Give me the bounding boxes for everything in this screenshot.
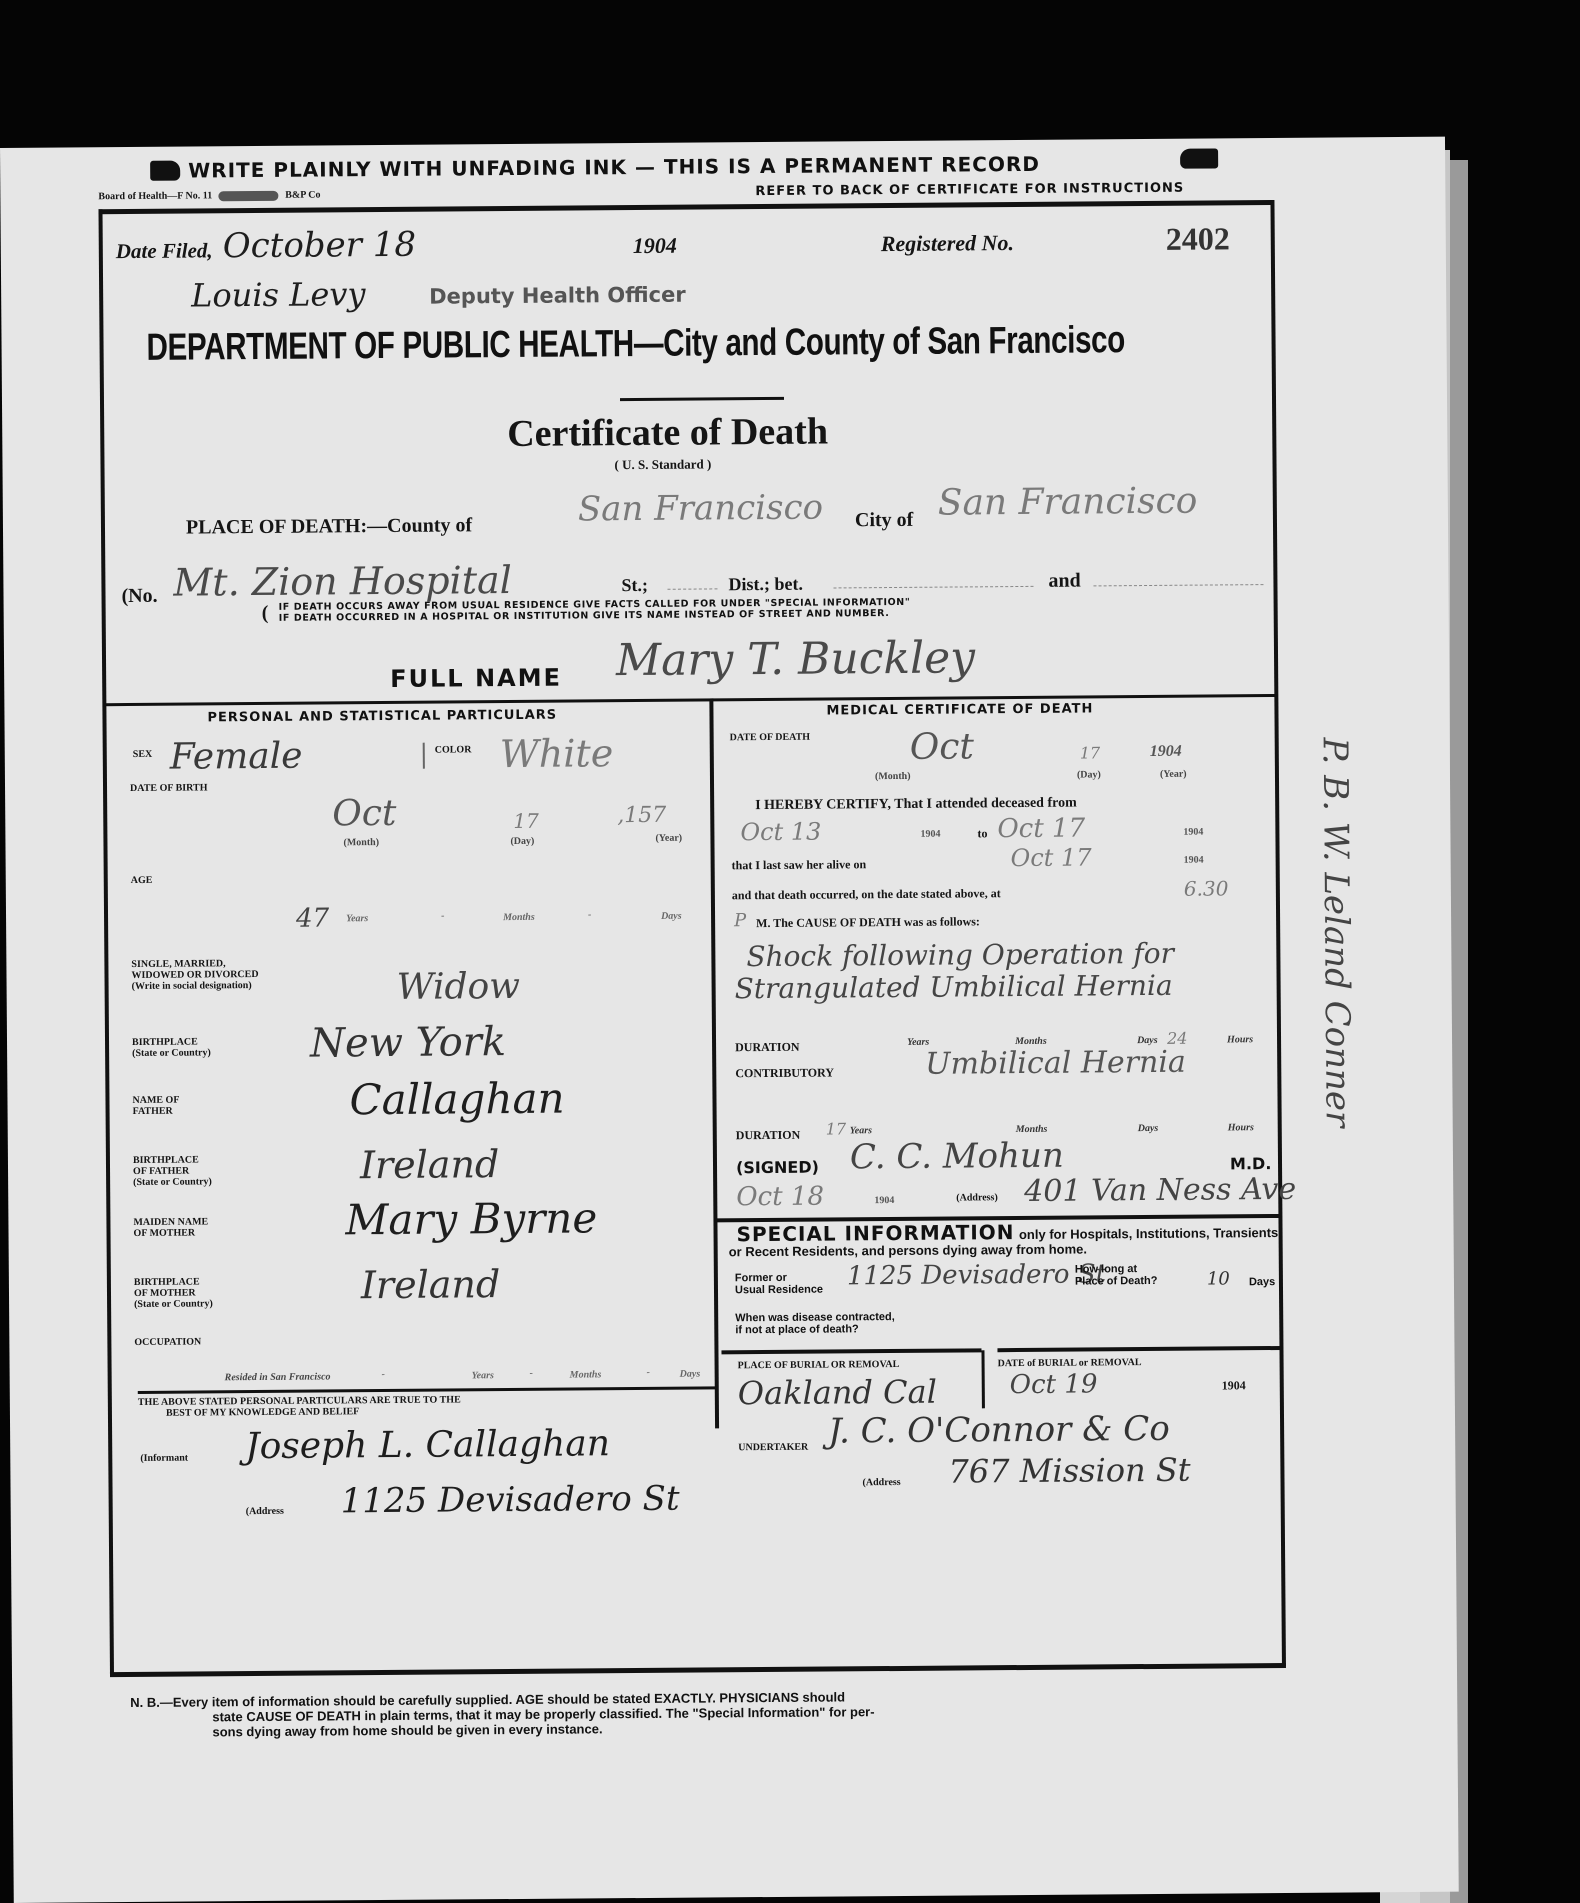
special-info-subheading: or Recent Residents, and persons dying a…	[729, 1241, 1087, 1259]
signed-year: 1904	[874, 1195, 894, 1206]
place-of-burial-value: Oakland Cal	[738, 1373, 937, 1413]
last-saw-date: Oct 17	[1010, 843, 1091, 872]
date-of-death-year: 1904	[1150, 743, 1182, 761]
resided-months: -	[530, 1368, 533, 1379]
city-label: City of	[855, 509, 914, 532]
burial-divider-left	[721, 1348, 981, 1354]
death-certificate-page: WRITE PLAINLY WITH UNFADING INK — THIS I…	[0, 137, 1459, 1903]
registered-number: 2402	[1166, 220, 1230, 258]
dod-day-caption: (Day)	[1077, 769, 1101, 780]
age-months-caption: Months	[503, 912, 535, 923]
place-of-death-location: Mt. Zion Hospital	[173, 558, 512, 605]
marital-status-label: SINGLE, MARRIED, WIDOWED OR DIVORCED (Wr…	[131, 958, 258, 992]
full-name-value: Mary T. Buckley	[616, 632, 975, 686]
district-and-blank	[1093, 584, 1263, 586]
age-days-caption: Days	[661, 911, 682, 922]
dod-year-caption: (Year)	[1160, 769, 1187, 780]
age-years: 47	[296, 903, 329, 933]
informant-label: (Informant	[140, 1453, 188, 1464]
burial-divider-right	[997, 1346, 1281, 1352]
cause-line-2: Strangulated Umbilical Hernia	[734, 969, 1172, 1005]
md-label: M.D.	[1230, 1154, 1272, 1173]
cause-label: M. The CAUSE OF DEATH was as follows:	[756, 914, 980, 931]
pointing-hand-icon	[150, 161, 180, 181]
place-instructions: IF DEATH OCCURS AWAY FROM USUAL RESIDENC…	[279, 597, 911, 624]
resided-years: -	[382, 1369, 385, 1380]
note-bracket: (	[262, 602, 269, 625]
refer-instructions: REFER TO BACK OF CERTIFICATE FOR INSTRUC…	[755, 181, 1184, 199]
former-residence-label: Former or Usual Residence	[735, 1272, 823, 1297]
how-long-value: 10	[1207, 1268, 1230, 1289]
color-label: COLOR	[435, 744, 472, 755]
margin-note: P. B. W. Leland Conner	[1315, 737, 1358, 1127]
resided-years-caption: Years	[472, 1370, 494, 1381]
father-name-label: NAME OF FATHER	[132, 1095, 179, 1117]
color-divider	[423, 743, 425, 769]
occupation-label: OCCUPATION	[134, 1336, 201, 1348]
county-value: San Francisco	[578, 488, 823, 530]
dob-month: Oct	[332, 793, 396, 835]
full-name-label: FULL NAME	[390, 664, 562, 693]
burial-date-label: DATE of BURIAL or REMOVAL	[998, 1357, 1142, 1369]
duration-2-months-caption: Months	[1016, 1124, 1048, 1135]
duration-label: DURATION	[735, 1040, 800, 1056]
dob-label: DATE OF BIRTH	[130, 782, 208, 794]
duration-2-days-caption: Days	[1138, 1123, 1159, 1134]
signed-label: (SIGNED)	[736, 1158, 819, 1178]
footnote: N. B.—Every item of information should b…	[130, 1689, 875, 1740]
medical-heading: MEDICAL CERTIFICATE OF DEATH	[826, 701, 1093, 718]
burial-column-divider	[981, 1350, 984, 1408]
frame-left	[98, 209, 114, 1675]
age-days: -	[588, 909, 591, 920]
former-residence-value: 1125 Devisadero St	[847, 1259, 1106, 1291]
how-long-label: How long at Place of Death?	[1075, 1263, 1158, 1288]
cause-line-1: Shock following Operation for	[746, 937, 1174, 973]
dob-year: ,157	[617, 803, 666, 828]
age-label: AGE	[131, 875, 153, 886]
color-value: White	[500, 731, 614, 776]
physician-address: 401 Van Ness Ave	[1024, 1172, 1296, 1209]
date-filed-value: October 18	[223, 225, 417, 267]
sex-label: SEX	[133, 749, 153, 760]
to-label: to	[977, 826, 987, 841]
dod-month-caption: (Month)	[875, 771, 911, 782]
signed-date: Oct 18	[736, 1182, 824, 1213]
time-of-death: 6.30	[1184, 876, 1229, 900]
date-of-death-label: DATE OF DEATH	[730, 732, 810, 744]
certify-statement: I HEREBY CERTIFY, That I attended deceas…	[755, 796, 1077, 815]
officer-signature: Louis Levy	[191, 275, 366, 314]
how-long-days-caption: Days	[1249, 1276, 1275, 1288]
undertaker-address-value: 767 Mission St	[948, 1451, 1190, 1491]
mother-birthplace-value: Ireland	[361, 1262, 501, 1307]
father-birthplace-value: Ireland	[360, 1142, 500, 1187]
date-of-death-day: 17	[1080, 743, 1101, 762]
place-of-death-label: PLACE OF DEATH:—County of	[186, 514, 472, 539]
informant-address-label: (Address	[246, 1506, 284, 1517]
department-title: DEPARTMENT OF PUBLIC HEALTH—City and Cou…	[146, 319, 1125, 370]
district-label: Dist.; bet.	[728, 574, 803, 596]
street-no-label: (No.	[121, 585, 157, 608]
father-name-value: Callaghan	[349, 1074, 564, 1125]
column-divider	[709, 698, 719, 1428]
informant-name: Joseph L. Callaghan	[245, 1423, 610, 1467]
frame-top	[98, 200, 1273, 214]
resided-label: Resided in San Francisco	[225, 1371, 331, 1383]
attended-from-year: 1904	[920, 829, 940, 840]
meridiem: P	[734, 910, 746, 931]
duration-hours-caption: Hours	[1227, 1034, 1253, 1045]
informant-divider	[138, 1386, 716, 1394]
informant-statement: THE ABOVE STATED PERSONAL PARTICULARS AR…	[138, 1394, 461, 1419]
union-label-seal-icon	[219, 191, 279, 201]
father-birthplace-label: BIRTHPLACE OF FATHER (State or Country)	[133, 1154, 212, 1188]
resided-days-caption: Days	[680, 1369, 701, 1380]
title-divider	[620, 397, 784, 401]
age-years-caption: Years	[346, 913, 368, 924]
street-label: St.;	[621, 575, 648, 596]
dob-day-caption: (Day)	[510, 836, 534, 847]
district-between-blank	[833, 586, 1033, 589]
date-filed-year: 1904	[633, 233, 677, 259]
dob-day: 17	[513, 809, 539, 833]
disease-contracted-label: When was disease contracted, if not at p…	[735, 1311, 895, 1336]
city-value: San Francisco	[938, 481, 1198, 524]
mother-birthplace-label: BIRTHPLACE OF MOTHER (State or Country)	[134, 1276, 213, 1310]
attended-to-year: 1904	[1183, 827, 1203, 838]
frame-bottom	[110, 1663, 1286, 1677]
name-divider	[104, 694, 1276, 706]
resided-months-caption: Months	[570, 1369, 602, 1380]
age-months: -	[441, 911, 444, 922]
sex-value: Female	[170, 736, 303, 778]
attended-to: Oct 17	[997, 813, 1085, 844]
last-saw-label: that I last saw her alive on	[732, 857, 867, 873]
undertaker-value: J. C. O'Connor & Co	[828, 1409, 1170, 1452]
date-of-death-month: Oct	[910, 726, 974, 768]
undertaker-address-label: (Address	[862, 1477, 900, 1488]
physician-address-label: (Address)	[956, 1192, 998, 1203]
duration-2-label: DURATION	[736, 1128, 801, 1144]
burial-date-value: Oct 19	[1010, 1369, 1098, 1400]
resided-days: -	[647, 1367, 650, 1378]
contributory-label: CONTRIBUTORY	[735, 1065, 834, 1081]
birthplace-label: BIRTHPLACE (State or Country)	[132, 1036, 211, 1059]
duration-2-years-caption: Years	[850, 1125, 872, 1136]
duration-2-hours-caption: Hours	[1228, 1122, 1254, 1133]
street-blank	[667, 588, 717, 589]
informant-address: 1125 Devisadero St	[340, 1479, 679, 1522]
dob-year-caption: (Year)	[655, 833, 682, 844]
birthplace-value: New York	[310, 1019, 506, 1067]
officer-title: Deputy Health Officer	[429, 283, 686, 309]
mother-maiden-name-label: MAIDEN NAME OF MOTHER	[133, 1216, 208, 1239]
mother-maiden-name-value: Mary Byrne	[345, 1193, 597, 1244]
us-standard-note: ( U. S. Standard )	[614, 456, 711, 473]
place-of-burial-label: PLACE OF BURIAL OR REMOVAL	[738, 1359, 900, 1371]
physician-signature: C. C. Mohun	[850, 1136, 1064, 1178]
last-saw-year: 1904	[1184, 855, 1204, 866]
certificate-title: Certificate of Death	[507, 410, 828, 457]
registered-label: Registered No.	[881, 230, 1014, 257]
date-filed-label: Date Filed,	[116, 238, 213, 264]
burial-year-value: 1904	[1222, 1378, 1246, 1393]
pointing-hand-icon	[1180, 148, 1218, 168]
banner-text: WRITE PLAINLY WITH UNFADING INK — THIS I…	[188, 152, 1040, 183]
attended-from: Oct 13	[740, 818, 821, 847]
marital-status-value: Widow	[396, 966, 520, 1008]
dob-month-caption: (Month)	[343, 837, 379, 848]
death-occurred-label: and that death occurred, on the date sta…	[732, 886, 1001, 903]
and-label: and	[1048, 570, 1080, 593]
personal-heading: PERSONAL AND STATISTICAL PARTICULARS	[207, 708, 557, 726]
frame-right	[1270, 200, 1286, 1666]
contributory-value: Umbilical Hernia	[925, 1045, 1186, 1082]
undertaker-label: UNDERTAKER	[738, 1442, 808, 1454]
form-code: Board of Health—F No. 11 B&P Co	[98, 189, 320, 202]
duration-2-years-value: 17	[826, 1119, 847, 1138]
